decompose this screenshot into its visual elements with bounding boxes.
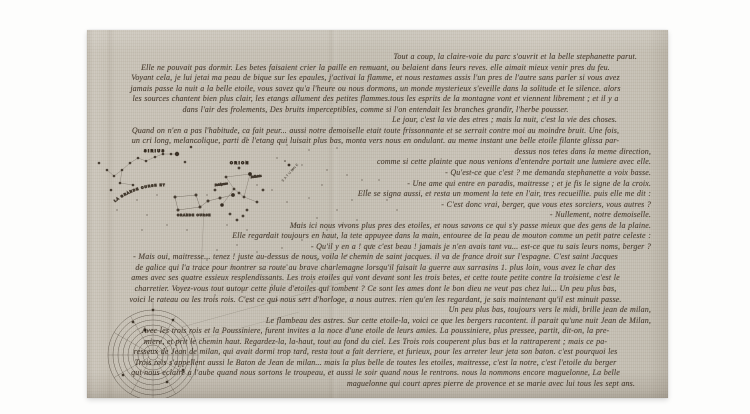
text-line: de galice qui l'a trace pour montrer sa …	[100, 263, 651, 274]
text-line: - Une ame qui entre en paradis, maitress…	[100, 179, 651, 190]
text-line: Quand on n'en a pas l'habitude, ca fait …	[100, 126, 651, 137]
photo-canvas: Tout a coup, la claire-voie du parc s'ou…	[0, 0, 750, 414]
text-line: dans l'air des frolements, Des bruits im…	[100, 105, 651, 116]
text-line: - Nullement, notre demoiselle.	[100, 210, 651, 221]
printed-fabric-panel: Tout a coup, la claire-voie du parc s'ou…	[87, 30, 668, 398]
text-line: Le flambeau des astres. Sur cette etoile…	[100, 316, 651, 327]
text-line: Mais ici nous vivons plus pres des etoil…	[100, 221, 651, 232]
text-line: un cri long, melancolique, parti de l'et…	[100, 136, 651, 147]
text-line: - Mais oui, maitresse... tenez ! juste a…	[100, 252, 651, 263]
text-line: Tout a coup, la claire-voie du parc s'ou…	[100, 52, 651, 63]
text-line: - Qu'est-ce que c'est ? me demanda steph…	[100, 168, 651, 179]
text-line: Un peu plus bas, toujours vers le midi, …	[100, 305, 651, 316]
text-line: Elle se signa aussi, et resta un moment …	[100, 189, 651, 200]
text-line: - C'est donc vrai, berger, que vous etes…	[100, 200, 651, 211]
text-line: Voyant cela, je lui jetai ma peau de biq…	[100, 73, 651, 84]
text-line: qui nous eclaire a l'aube quand nous sor…	[100, 368, 651, 379]
text-line: miere, et prit le chemin haut. Regardez-…	[100, 337, 651, 348]
text-line: maguelonne qui court apres pierre de pro…	[100, 379, 651, 390]
text-line: Trois rois s'appellent aussi le Baton de…	[100, 358, 651, 369]
story-text-block: Tout a coup, la claire-voie du parc s'ou…	[100, 52, 651, 390]
text-line: Elle regardait toujours en haut, la tete…	[100, 231, 651, 242]
text-line: comme si cette plainte que nous venions …	[100, 157, 651, 168]
text-line: dessus nos tetes dans la meme direction,	[100, 147, 651, 158]
text-line: Le jour, c'est la vie des etres ; mais l…	[100, 115, 651, 126]
text-line: Avec les trois rois et la Poussiniere, f…	[100, 326, 651, 337]
text-line: les sources chantent bien plus clair, le…	[100, 94, 651, 105]
text-line: Elle ne pouvait pas dormir. Les betes fa…	[100, 63, 651, 74]
text-line: jamais passe la nuit a la belle etoile, …	[100, 84, 651, 95]
text-line: - Qu'il y en a ! que c'est beau ! jamais…	[100, 242, 651, 253]
text-line: voici le rateau ou les trois rois. C'est…	[100, 295, 651, 306]
text-line: resseux de Jean de milan, qui avait dorm…	[100, 347, 651, 358]
text-line: ames avec ses quatre essieux resplendiss…	[100, 273, 651, 284]
text-line: charretier. Voyez-vous tout autour cette…	[100, 284, 651, 295]
